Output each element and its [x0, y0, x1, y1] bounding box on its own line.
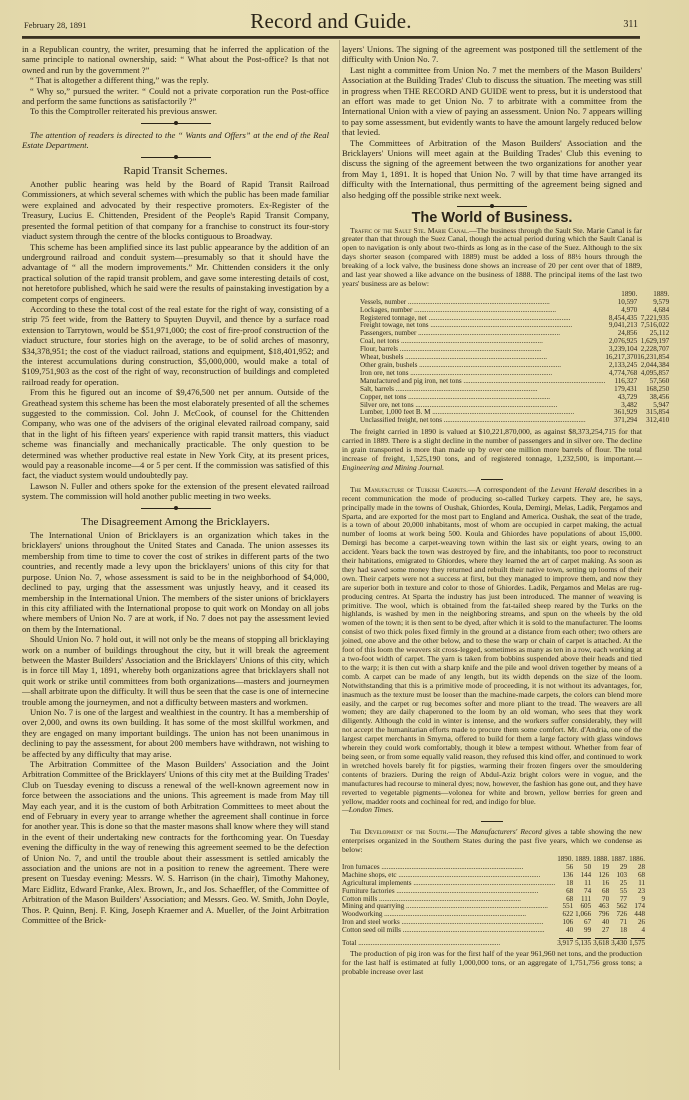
- table-row: Machine shops, etc .....................…: [342, 872, 645, 880]
- development-of-south-article: The Development of the South.—The Manufa…: [342, 828, 642, 976]
- article-text: —A correspondent of the: [468, 485, 551, 494]
- table-row: Woodworking ............................…: [342, 911, 645, 919]
- sault-canal-article: Traffic of the Sault Ste. Marie Canal.—T…: [342, 227, 642, 486]
- column-divider: [339, 40, 340, 1070]
- article-paragraph: From this he figured out an income of $9…: [22, 387, 329, 481]
- cell-value: 4: [627, 927, 645, 935]
- row-label: Cotton seed oil mills ..................…: [342, 927, 555, 935]
- cell-value: 40: [555, 927, 573, 935]
- newspaper-page: February 28, 1891 Record and Guide. 311 …: [0, 0, 689, 1100]
- cell-value: 27: [591, 927, 609, 935]
- article-text: The production of pig iron was for the f…: [342, 950, 642, 977]
- article-paragraph: This scheme has been amplified since its…: [22, 242, 329, 304]
- article-heading-rapid-transit: Rapid Transit Schemes.: [22, 166, 329, 176]
- article-lead: The Development of the South.: [350, 827, 448, 836]
- row-label: Mining and quarrying ...................…: [342, 903, 555, 911]
- notice-wants-and-offers: The attention of readers is directed to …: [22, 130, 329, 151]
- row-label: Vessels, number ........................…: [360, 299, 605, 307]
- row-label: Iron and steel works ...................…: [342, 919, 555, 927]
- table-row: Cotton seed oil mills ..................…: [342, 927, 645, 935]
- row-label: Iron furnaces ..........................…: [342, 864, 555, 872]
- right-column: layers' Unions. The signing of the agree…: [342, 44, 642, 977]
- page-number: 311: [623, 19, 638, 30]
- article-text: —The business through the Sault Ste. Mar…: [342, 226, 642, 288]
- intro-paragraph: “ That is altogether a different thing,”…: [22, 75, 329, 85]
- table-row: Iron and steel works ...................…: [342, 919, 645, 927]
- left-column: in a Republican country, the writer, pre…: [22, 44, 329, 926]
- table-row: Agricultural implements ................…: [342, 880, 645, 888]
- row-label: Lockages, number .......................…: [360, 307, 605, 315]
- row-label: Woodworking ............................…: [342, 911, 555, 919]
- row-label: Unclassified freight, net tons .........…: [360, 417, 605, 425]
- page-header: February 28, 1891 Record and Guide. 311: [22, 8, 640, 38]
- article-heading-bricklayers: The Disagreement Among the Bricklayers.: [22, 517, 329, 527]
- section-heading-world-of-business: The World of Business.: [342, 213, 642, 223]
- article-text: —The: [448, 827, 470, 836]
- row-label: Iron ore, net tons .....................…: [360, 370, 605, 378]
- ornament-divider: [22, 117, 329, 130]
- ornament-divider: [22, 151, 329, 164]
- article-paragraph: Should Union No. 7 hold out, it will not…: [22, 634, 329, 707]
- ornament-divider: [342, 200, 642, 213]
- row-label: Lumber, 1,000 feet B. M ................…: [360, 409, 605, 417]
- cell-value: 99: [573, 927, 591, 935]
- intro-paragraph: “ Why so,” pursued the writer. “ Could n…: [22, 86, 329, 107]
- cell-value: 3,430: [609, 936, 627, 948]
- row-label: Registered tonnage, net ................…: [360, 315, 605, 323]
- article-paragraph: Last night a committee from Union No. 7 …: [342, 65, 642, 138]
- table-row: Furniture factories ....................…: [342, 888, 645, 896]
- turkish-carpets-article: The Manufacture of Turkish Carpets.—A co…: [342, 486, 642, 829]
- short-divider: [342, 815, 642, 828]
- cell-value: 312,410: [637, 417, 669, 425]
- publication-title: Record and Guide.: [22, 9, 640, 34]
- header-rule: [22, 38, 640, 39]
- cell-value: 1,575: [627, 936, 645, 948]
- row-label: Manufactured and pig iron, net tons ....…: [360, 378, 605, 386]
- intro-paragraph: To this the Comptroller reiterated his p…: [22, 106, 329, 116]
- cell-value: 3,917: [555, 936, 573, 948]
- row-label: Cotton mills ...........................…: [342, 896, 555, 904]
- row-label: Coal, net tons .........................…: [360, 338, 605, 346]
- ornament-divider: [22, 502, 329, 515]
- short-divider: [342, 473, 642, 486]
- article-paragraph: The Arbitration Committee of the Mason B…: [22, 759, 329, 926]
- cell-value: 3,618: [591, 936, 609, 948]
- article-lead: The Manufacture of Turkish Carpets.: [350, 485, 468, 494]
- cell-value: 371,294: [605, 417, 637, 425]
- southern-enterprises-table: 1890.1889.1888.1887.1886. Iron furnaces …: [342, 856, 645, 948]
- article-lead: Traffic of the Sault Ste. Marie Canal.: [350, 226, 469, 235]
- row-label: Total ..................................…: [342, 936, 555, 948]
- row-label: Furniture factories ....................…: [342, 888, 555, 896]
- table-row: Total ..................................…: [342, 936, 645, 948]
- article-paragraph: Union No. 7 is one of the largest and we…: [22, 707, 329, 759]
- article-paragraph: Lawson N. Fuller and others spoke for th…: [22, 481, 329, 502]
- row-label: Silver ore, net tons ...................…: [360, 402, 605, 410]
- table-row: Unclassified freight, net tons .........…: [360, 417, 669, 425]
- article-text: The freight carried in 1890 is valued at…: [342, 427, 642, 463]
- row-label: Wheat, bushels .........................…: [360, 354, 605, 362]
- cell-value: 18: [609, 927, 627, 935]
- row-label: Passengers, number .....................…: [360, 330, 605, 338]
- row-label: Flour, barrels .........................…: [360, 346, 605, 354]
- publication-name: Manufacturers' Record: [471, 827, 542, 836]
- row-label: Copper, net tons .......................…: [360, 394, 605, 402]
- row-label: Salt, barrels ..........................…: [360, 386, 605, 394]
- cell-value: 5,135: [573, 936, 591, 948]
- article-paragraph: Another public hearing was held by the B…: [22, 179, 329, 241]
- sault-canal-table: 1890.1889. Vessels, number .............…: [360, 291, 669, 425]
- row-label: Freight towage, net tons ...............…: [360, 322, 605, 330]
- row-label: Other grain, bushels ...................…: [360, 362, 605, 370]
- row-label: Agricultural implements ................…: [342, 880, 555, 888]
- article-paragraph: According to these the total cost of the…: [22, 304, 329, 387]
- article-text: describes in a recent communication the …: [342, 485, 642, 806]
- article-source: —London Times.: [342, 806, 642, 815]
- article-paragraph: The International Union of Bricklayers i…: [22, 530, 329, 634]
- publication-name: Levant Herald: [551, 485, 596, 494]
- intro-paragraph: in a Republican country, the writer, pre…: [22, 44, 329, 75]
- row-label: Machine shops, etc .....................…: [342, 872, 555, 880]
- article-paragraph: The Committees of Arbitration of the Mas…: [342, 138, 642, 200]
- article-paragraph: layers' Unions. The signing of the agree…: [342, 44, 642, 65]
